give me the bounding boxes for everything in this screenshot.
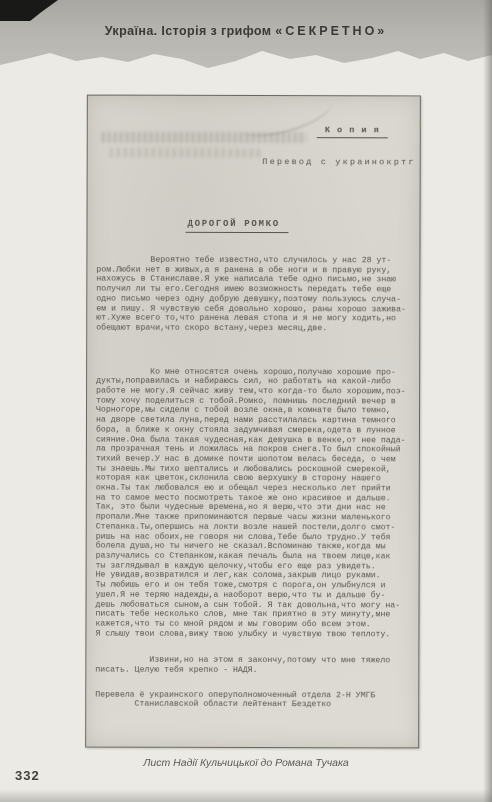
letter-paragraph-2: Ко мне относятся очень хорошо,получаю хо… — [95, 367, 416, 640]
letter-paragraph-1: Вероятно тебе известно,что случилось у н… — [96, 256, 416, 334]
photo-right-edge — [483, 0, 492, 802]
letter-salutation: ДОРОГОЙ РОМКО — [185, 220, 288, 233]
book-page-photo: Україна. Історія з грифом «СЕКРЕТНО» К о… — [0, 0, 492, 802]
scanned-letter-document: К о п и я Перевод с украинокртг ДОРОГОЙ … — [85, 95, 421, 749]
ghost-text-smudge — [102, 132, 307, 144]
letter-paragraph-3: Извини,но на этом я закончу,потому что м… — [95, 656, 415, 676]
book-title-prefix: Україна. Історія з грифом — [105, 24, 276, 38]
book-title-stamp: «СЕКРЕТНО» — [275, 24, 387, 38]
translation-note: Перевод с украинокртг — [262, 158, 415, 168]
page-number: 332 — [15, 768, 40, 783]
ghost-text-smudge — [110, 148, 260, 158]
figure-caption: Лист Надії Кульчицької до Романа Тучака — [0, 757, 492, 769]
translator-note: Перевела ё украинского оперуполномоченны… — [95, 690, 415, 710]
book-header-band: Україна. Історія з грифом «СЕКРЕТНО» — [0, 0, 492, 78]
copy-stamp: К о п и я — [317, 126, 388, 138]
photo-bottom-edge — [0, 789, 492, 802]
book-title: Україна. Історія з грифом «СЕКРЕТНО» — [0, 0, 492, 38]
letter-body: Вероятно тебе известно,что случилось у н… — [95, 256, 416, 711]
